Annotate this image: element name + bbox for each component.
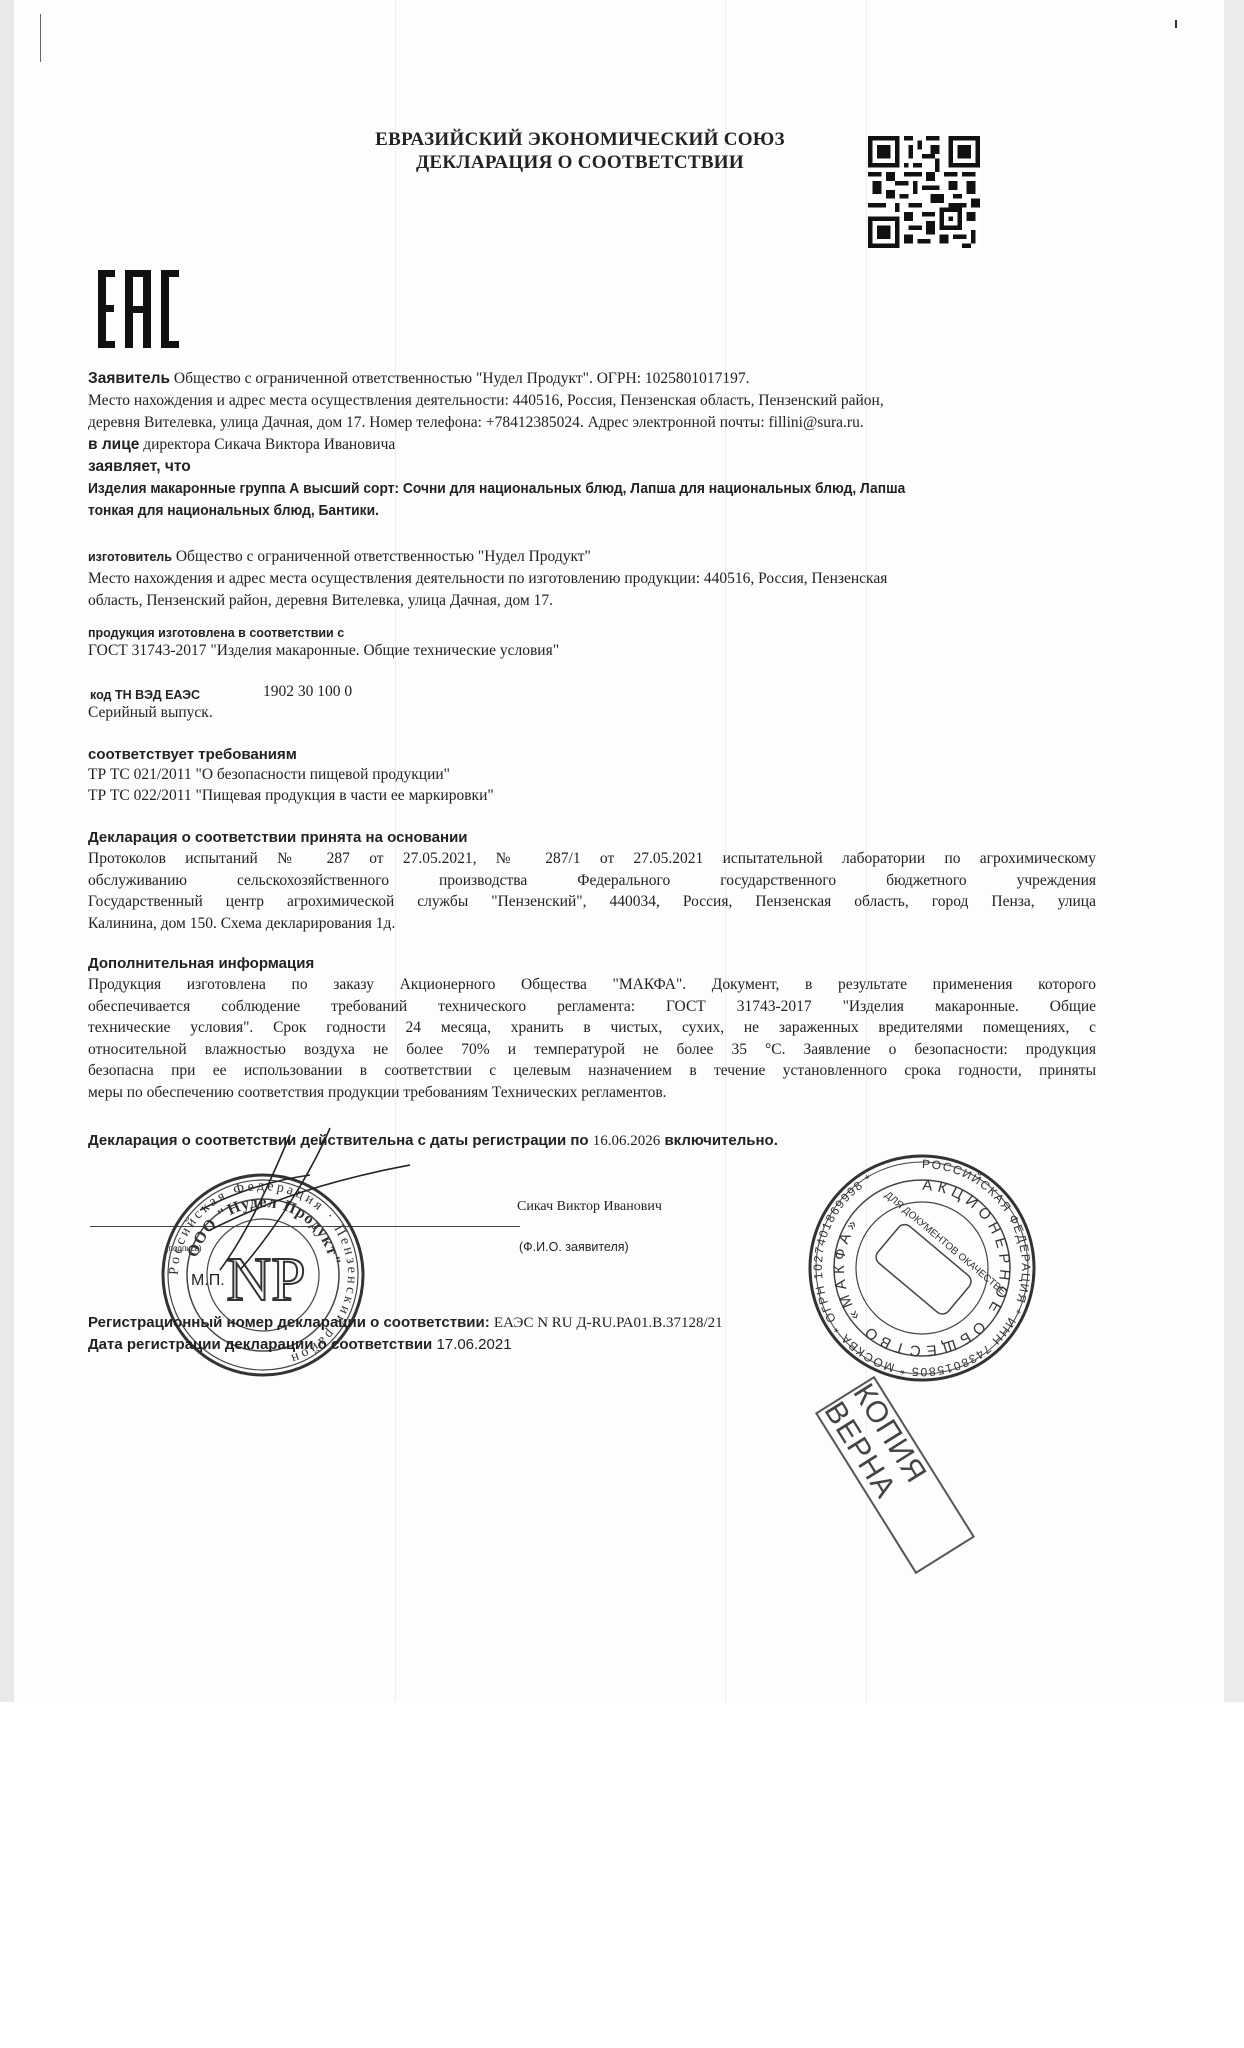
applicant-address-1: Место нахождения и адрес места осуществл… xyxy=(88,390,884,412)
additional-line: обеспечивается соблюдение требований тех… xyxy=(88,996,1096,1018)
basis-line: обслуживанию сельскохозяйственного произ… xyxy=(88,870,1096,892)
represented-line: в лице директора Сикача Виктора Иванович… xyxy=(88,434,395,456)
validity-suffix: включительно. xyxy=(664,1132,777,1149)
registration-number-value: ЕАЭС N RU Д-RU.РА01.В.37128/21 xyxy=(494,1315,723,1331)
title-declaration: ДЕКЛАРАЦИЯ О СООТВЕТСТВИИ xyxy=(340,151,820,174)
title-union: ЕВРАЗИЙСКИЙ ЭКОНОМИЧЕСКИЙ СОЮЗ xyxy=(340,128,820,151)
registration-number-line: Регистрационный номер декларации о соотв… xyxy=(88,1312,723,1334)
document-title: ЕВРАЗИЙСКИЙ ЭКОНОМИЧЕСКИЙ СОЮЗ ДЕКЛАРАЦИ… xyxy=(340,128,820,174)
applicant-label: Заявитель xyxy=(88,370,170,387)
basis-line: Калинина, дом 150. Схема декларирования … xyxy=(88,913,1096,935)
manufacturer-address-2: область, Пензенский район, деревня Вител… xyxy=(88,590,553,612)
registration-date-line: Дата регистрации декларации о соответств… xyxy=(88,1334,512,1356)
requirement-item: ТР ТС 021/2011 "О безопасности пищевой п… xyxy=(88,764,450,786)
applicant-line: Заявитель Общество с ограниченной ответс… xyxy=(88,368,750,390)
requirements-label: соответствует требованиям xyxy=(88,744,297,766)
registration-number-label: Регистрационный номер декларации о соотв… xyxy=(88,1314,490,1331)
product-line-2: тонкая для национальных блюд, Бантики. xyxy=(88,500,379,522)
manufacturer-name: Общество с ограниченной ответственностью… xyxy=(176,548,591,565)
represented-by: директора Сикача Виктора Ивановича xyxy=(143,436,395,453)
validity-date: 16.06.2026 xyxy=(593,1133,661,1149)
basis-text: Протоколов испытаний № 287 от 27.05.2021… xyxy=(88,848,1096,934)
declares-label: заявляет, что xyxy=(88,456,191,478)
manufacturer-label: изготовитель xyxy=(88,550,172,564)
product-line-1: Изделия макаронные группа А высший сорт:… xyxy=(88,478,905,500)
basis-label: Декларация о соответствии принята на осн… xyxy=(88,827,468,849)
signer-name: Сикач Виктор Иванович xyxy=(517,1196,662,1218)
additional-line: меры по обеспечению соответствия продукц… xyxy=(88,1082,1096,1104)
requirement-item: ТР ТС 022/2011 "Пищевая продукция в част… xyxy=(88,785,494,807)
handwritten-signature xyxy=(180,1120,410,1290)
additional-line: относительной влажностью воздуха не боле… xyxy=(88,1039,1096,1061)
manufacturer-address-1: Место нахождения и адрес места осуществл… xyxy=(88,568,887,590)
tnved-value: 1902 30 100 0 xyxy=(263,681,352,703)
additional-text: Продукция изготовлена по заказу Акционер… xyxy=(88,974,1096,1103)
copy-certified-stamp: КОПИЯ ВЕРНА xyxy=(815,1376,975,1574)
svg-text:АКЦИОНЕРНОЕ ОБЩЕСТВО «МАКФА»: АКЦИОНЕРНОЕ ОБЩЕСТВО «МАКФА» xyxy=(831,1177,1013,1360)
qr-code-icon xyxy=(862,136,986,248)
basis-line: Протоколов испытаний № 287 от 27.05.2021… xyxy=(88,848,1096,870)
company-seal-right: РОССИЙСКАЯ ФЕДЕРАЦИЯ * ИНН 7438015805 * … xyxy=(806,1152,1038,1384)
registration-date-label: Дата регистрации декларации о соответств… xyxy=(88,1336,432,1353)
applicant-address-2: деревня Вителевка, улица Дачная, дом 17.… xyxy=(88,412,864,434)
represented-label: в лице xyxy=(88,436,139,453)
name-caption: (Ф.И.О. заявителя) xyxy=(519,1236,629,1258)
scan-edge-right xyxy=(1224,0,1244,1702)
basis-line: Государственный центр агрохимической слу… xyxy=(88,891,1096,913)
release-type: Серийный выпуск. xyxy=(88,702,213,724)
applicant-name: Общество с ограниченной ответственностью… xyxy=(174,370,750,387)
scan-mark xyxy=(40,14,41,62)
additional-line: Продукция изготовлена по заказу Акционер… xyxy=(88,974,1096,996)
scan-mark xyxy=(1175,20,1177,28)
additional-line: технические условия". Срок годности 24 м… xyxy=(88,1017,1096,1039)
eac-logo xyxy=(98,270,180,350)
manufacturer-line: изготовитель Общество с ограниченной отв… xyxy=(88,546,591,568)
scanned-page: ЕВРАЗИЙСКИЙ ЭКОНОМИЧЕСКИЙ СОЮЗ ДЕКЛАРАЦИ… xyxy=(0,0,1244,1702)
standard-value: ГОСТ 31743-2017 "Изделия макаронные. Общ… xyxy=(88,640,559,662)
additional-label: Дополнительная информация xyxy=(88,953,314,975)
registration-date-value: 17.06.2021 xyxy=(436,1336,511,1353)
additional-line: безопасна при ее использовании в соответ… xyxy=(88,1060,1096,1082)
scan-edge-left xyxy=(0,0,14,1702)
